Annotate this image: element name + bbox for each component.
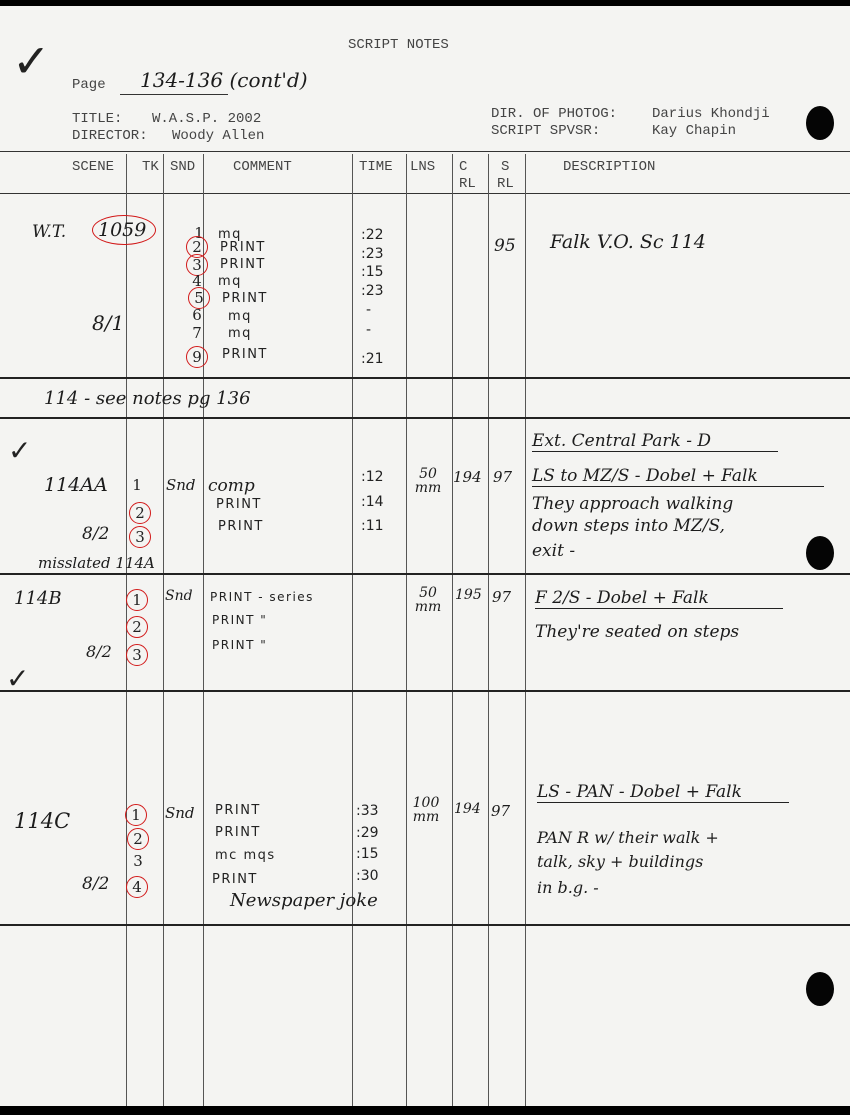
form-title: SCRIPT NOTES xyxy=(348,37,449,53)
take-comment: PRINT xyxy=(215,825,261,840)
take-comment: PRINT xyxy=(218,519,264,534)
take-time: :14 xyxy=(361,494,384,510)
col-s-top: S xyxy=(501,159,509,175)
director-value: Woody Allen xyxy=(172,128,264,144)
description-line: They're seated on steps xyxy=(535,622,739,642)
take-number: 2 xyxy=(129,504,151,522)
binder-hole-top xyxy=(806,106,834,140)
c-rl-value: 195 xyxy=(455,587,482,603)
binder-hole-bottom xyxy=(806,972,834,1006)
title-value: W.A.S.P. 2002 xyxy=(152,111,261,127)
shot-description: LS to MZ/S - Dobel + Falk xyxy=(532,466,824,487)
col-divider xyxy=(406,154,407,1106)
take-time: - xyxy=(366,322,371,338)
take-number: 9 xyxy=(186,348,208,366)
take-number: 4 xyxy=(126,878,148,896)
s-rl-value: 95 xyxy=(494,236,516,256)
row-rule xyxy=(0,377,850,379)
take-number: 3 xyxy=(129,528,151,546)
col-description: DESCRIPTION xyxy=(563,159,655,175)
take-number: 2 xyxy=(127,830,149,848)
col-s-bottom: RL xyxy=(497,176,514,192)
take-time: :22 xyxy=(361,227,384,243)
dop-label: DIR. OF PHOTOG: xyxy=(491,106,617,122)
c-rl-value: 194 xyxy=(453,468,482,486)
scene-prefix: W.T. xyxy=(32,222,66,242)
row-rule xyxy=(0,690,850,692)
description-line: talk, sky + buildings xyxy=(537,852,703,871)
page-check-mark: ✓ xyxy=(12,34,51,88)
col-c-top: C xyxy=(459,159,467,175)
col-divider xyxy=(452,154,453,1106)
take-comment: comp xyxy=(208,476,255,496)
take-comment: PRINT xyxy=(212,872,258,887)
take-time: :29 xyxy=(356,825,379,841)
shoot-date: 8/2 xyxy=(82,524,109,544)
supervisor-label: SCRIPT SPVSR: xyxy=(491,123,600,139)
take-comment: PRINT - series xyxy=(210,590,314,604)
take-time: - xyxy=(366,302,371,318)
take-comment: PRINT xyxy=(222,347,268,362)
row-rule xyxy=(0,417,850,419)
header-bottom-rule xyxy=(0,193,850,194)
row-rule xyxy=(0,924,850,926)
row-check-mark: ✓ xyxy=(6,662,29,695)
s-rl-value: 97 xyxy=(492,588,511,606)
take-comment: PRINT xyxy=(215,803,261,818)
take-time: :30 xyxy=(356,868,379,884)
row-footnote: Newspaper joke xyxy=(230,890,378,911)
supervisor-value: Kay Chapin xyxy=(652,123,736,139)
col-c-bottom: RL xyxy=(459,176,476,192)
description-line: in b.g. - xyxy=(537,878,599,897)
script-notes-page: ✓ SCRIPT NOTES Page 134-136 (cont'd) TIT… xyxy=(0,6,850,1106)
s-rl-value: 97 xyxy=(491,802,510,820)
description-line: down steps into MZ/S, xyxy=(532,516,725,536)
col-comment: COMMENT xyxy=(233,159,292,175)
dop-value: Darius Khondji xyxy=(652,106,770,122)
snd-value: Snd xyxy=(166,476,196,494)
take-comment: mq xyxy=(228,309,252,324)
take-comment: PRINT xyxy=(220,240,266,255)
take-number: 3 xyxy=(126,646,148,664)
title-label: TITLE: xyxy=(72,111,122,127)
scene-heading: Ext. Central Park - D xyxy=(532,431,778,452)
col-time: TIME xyxy=(359,159,393,175)
take-time: :23 xyxy=(361,283,384,299)
scene-number: 114C xyxy=(14,809,70,833)
take-comment: PRINT xyxy=(216,497,262,512)
shot-description: F 2/S - Dobel + Falk xyxy=(535,588,783,609)
take-comment: mq xyxy=(218,274,242,289)
take-time: :21 xyxy=(361,351,384,367)
col-snd: SND xyxy=(170,159,195,175)
take-number: 7 xyxy=(186,324,208,342)
description-line: exit - xyxy=(532,541,575,561)
take-time: :11 xyxy=(361,518,384,534)
take-comment: PRINT xyxy=(220,257,266,272)
binder-hole-middle xyxy=(806,536,834,570)
take-comment: PRINT xyxy=(222,291,268,306)
take-number: 5 xyxy=(188,289,210,307)
take-number: 6 xyxy=(186,306,208,324)
take-number: 1 xyxy=(126,591,148,609)
row-rule xyxy=(0,573,850,575)
s-rl-value: 97 xyxy=(493,468,512,486)
col-divider xyxy=(488,154,489,1106)
take-time: :23 xyxy=(361,246,384,262)
scene-number: 114B xyxy=(14,588,62,609)
row-footnote: misslated 114A xyxy=(38,554,155,572)
take-number: 2 xyxy=(126,618,148,636)
shoot-date: 8/1 xyxy=(92,311,124,335)
col-divider xyxy=(525,154,526,1106)
take-time: :15 xyxy=(356,846,379,862)
page-value: 134-136 (cont'd) xyxy=(140,68,308,92)
lens-value: 100 mm xyxy=(409,796,443,824)
lens-value: 50 mm xyxy=(411,467,445,495)
col-divider xyxy=(163,154,164,1106)
take-time: :12 xyxy=(361,469,384,485)
col-tk: TK xyxy=(142,159,159,175)
snd-value: Snd xyxy=(165,588,193,604)
page-label: Page xyxy=(72,77,106,93)
table-top-rule xyxy=(0,151,850,152)
col-scene: SCENE xyxy=(72,159,114,175)
description-line: Falk V.O. Sc 114 xyxy=(550,231,706,253)
take-number: 3 xyxy=(127,852,149,870)
take-time: :15 xyxy=(361,264,384,280)
take-comment: PRINT " xyxy=(212,613,267,627)
take-time: :33 xyxy=(356,803,379,819)
col-lns: LNS xyxy=(410,159,435,175)
c-rl-value: 194 xyxy=(454,801,481,817)
lens-value: 50 mm xyxy=(411,586,445,614)
snd-value: Snd xyxy=(165,804,195,822)
take-comment: mc mqs xyxy=(215,848,276,863)
shoot-date: 8/2 xyxy=(86,642,112,661)
take-number: 1 xyxy=(126,476,148,494)
take-comment: mq xyxy=(228,326,252,341)
description-line: They approach walking xyxy=(532,494,733,514)
take-number: 1 xyxy=(125,806,147,824)
scene-circle xyxy=(92,215,156,245)
row-note: 114 - see notes pg 136 xyxy=(44,388,251,409)
row-check-mark: ✓ xyxy=(8,434,31,467)
take-comment: PRINT " xyxy=(212,638,267,652)
col-divider xyxy=(352,154,353,1106)
director-label: DIRECTOR: xyxy=(72,128,148,144)
shoot-date: 8/2 xyxy=(82,874,109,894)
description-line: PAN R w/ their walk + xyxy=(537,828,719,847)
scene-number: 114AA xyxy=(44,474,108,496)
page-underline xyxy=(120,94,228,95)
shot-description: LS - PAN - Dobel + Falk xyxy=(537,782,789,803)
